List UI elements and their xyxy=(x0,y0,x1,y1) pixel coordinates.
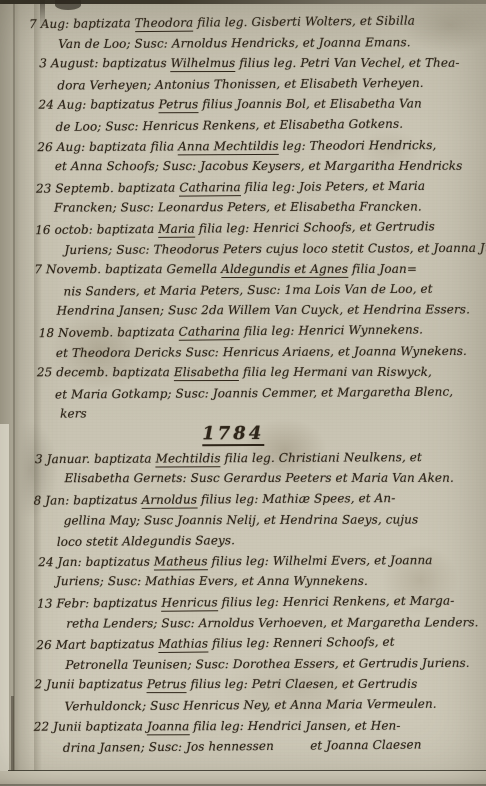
underlined-name: Petrus xyxy=(147,677,187,693)
manuscript-line: et Anna Schoofs; Susc: Jacobus Keysers, … xyxy=(55,156,480,177)
manuscript-line: et Theodora Dericks Susc: Henricus Ariae… xyxy=(56,340,481,363)
line-text: filia leg. Gisberti Wolters, et Sibilla xyxy=(193,13,415,29)
line-text: filius leg: Wilhelmi Evers, et Joanna xyxy=(208,553,433,568)
line-text: filius leg: Mathiæ Spees, et An- xyxy=(197,491,395,506)
line-text: 25 decemb. baptizata xyxy=(37,365,174,379)
line-text: 22 Junii baptizata xyxy=(34,719,147,733)
line-text: filius Joannis Bol, et Elisabetha Van xyxy=(198,97,422,112)
underlined-name: Arnoldus xyxy=(142,493,198,509)
manuscript-line: 24 Aug: baptizatus Petrus filius Joannis… xyxy=(38,94,479,116)
manuscript-line: Petronella Teunisen; Susc: Dorothea Esse… xyxy=(65,653,482,676)
manuscript-line: 23 Septemb. baptizata Catharina filia le… xyxy=(36,175,480,199)
underlined-name: Wilhelmus xyxy=(171,56,236,72)
line-text: et Anna Schoofs; Susc: Jacobus Keysers, … xyxy=(55,159,463,173)
manuscript-line: 7 Novemb. baptizata Gemella Aldegundis e… xyxy=(34,259,480,280)
line-text: filia leg: Hendrici Jansen, et Hen- xyxy=(189,718,400,733)
manuscript-line: et Maria Gotkamp; Susc: Joannis Cemmer, … xyxy=(55,381,481,405)
line-text: 7 Novemb. baptizata Gemella xyxy=(34,262,221,276)
line-text: nis Sanders, et Maria Peters, Susc: 1ma … xyxy=(63,281,432,298)
line-text: filia leg: Henrici Wynnekens. xyxy=(240,322,423,338)
line-text: filia leg Hermani van Riswyck, xyxy=(239,365,432,379)
underlined-name: Maria xyxy=(158,222,195,238)
line-text: 26 Aug: baptizata filia xyxy=(37,139,178,154)
underlined-name: Petrus xyxy=(158,98,198,114)
line-text: de Loo; Susc: Henricus Renkens, et Elisa… xyxy=(56,117,404,134)
scanned-register-photo: { "colors": { "paper": "#c8c3b2", "ink":… xyxy=(0,0,486,786)
manuscript-line: dora Verheyen; Antonius Thonissen, et El… xyxy=(57,72,479,96)
underlined-name: Mechtildis xyxy=(156,451,221,467)
manuscript-line: 2 Junii baptizatus Petrus filius leg: Pe… xyxy=(35,674,483,695)
underlined-name: Theodora xyxy=(134,16,193,33)
underlined-name: Henricus xyxy=(161,595,217,611)
line-text: et Theodora Dericks Susc: Henricus Ariae… xyxy=(56,343,467,359)
line-text: gellina May; Susc Joannis Nelij, et Hend… xyxy=(63,512,418,527)
manuscript-line: Verhuldonck; Susc Henricus Ney, et Anna … xyxy=(64,693,483,717)
manuscript-line: Hendrina Jansen; Susc 2da Willem Van Cuy… xyxy=(57,300,481,322)
manuscript-line: 3 Januar. baptizata Mechtildis filia leg… xyxy=(35,447,481,470)
line-text: Van de Loo; Susc: Arnoldus Hendricks, et… xyxy=(58,35,411,51)
line-text: Petronella Teunisen; Susc: Dorothea Esse… xyxy=(65,656,469,672)
manuscript-line: kers xyxy=(60,403,481,425)
line-text: filia leg: Jois Peters, et Maria xyxy=(241,179,425,194)
line-text: 24 Aug: baptizatus xyxy=(38,98,158,112)
line-text: drina Jansen; Susc: Jos hennessen et Joa… xyxy=(63,738,422,755)
manuscript-text: 7 Aug: baptizata Theodora filia leg. Gis… xyxy=(32,11,483,771)
line-text: filia Joan= xyxy=(348,262,417,276)
line-text: filia leg: Henrici Schoofs, et Gertrudis xyxy=(195,219,435,235)
line-text: 2 Junii baptizatus xyxy=(35,678,147,692)
line-text: retha Lenders; Susc: Arnoldus Verhoeven,… xyxy=(66,615,478,630)
line-text: filius leg: Renneri Schoofs, et xyxy=(208,635,395,651)
underlined-name: Catharina xyxy=(180,180,242,196)
manuscript-line: Van de Loo; Susc: Arnoldus Hendricks, et… xyxy=(58,31,479,54)
line-text: filius leg: Petri Claesen, et Gertrudis xyxy=(187,677,418,691)
line-text: 3 Januar. baptizata xyxy=(35,451,156,466)
manuscript-line: 26 Aug: baptizata filia Anna Mechtildis … xyxy=(37,134,480,157)
page-edge-highlight xyxy=(0,424,9,786)
underlined-name: Anna Mechtildis xyxy=(178,138,279,155)
line-text: Elisabetha Gernets: Susc Gerardus Peeter… xyxy=(64,471,453,485)
manuscript-lines: 7 Aug: baptizata Theodora filia leg. Gis… xyxy=(32,11,483,758)
line-text: Verhuldonck; Susc Henricus Ney, et Anna … xyxy=(64,697,436,714)
line-text: 26 Mart baptizatus xyxy=(36,637,158,652)
line-text: dora Verheyen; Antonius Thonissen, et El… xyxy=(57,76,423,93)
manuscript-line: drina Jansen; Susc: Jos hennessen et Joa… xyxy=(63,734,483,759)
manuscript-line: 3 August: baptizatus Wilhelmus filius le… xyxy=(39,53,479,74)
book-page: 7 Aug: baptizata Theodora filia leg. Gis… xyxy=(0,0,486,786)
line-text: filius leg. Petri Van Vechel, et Thea- xyxy=(235,56,459,70)
page-crease-line xyxy=(13,0,15,786)
manuscript-line: 8 Jan: baptizatus Arnoldus filius leg: M… xyxy=(34,487,482,511)
manuscript-line: Elisabetha Gernets: Susc Gerardus Peeter… xyxy=(64,468,481,489)
line-text: 16 octob: baptizata xyxy=(35,222,158,237)
line-text: Francken; Susc: Leonardus Peters, et Eli… xyxy=(54,200,422,215)
line-text: et Maria Gotkamp; Susc: Joannis Cemmer, … xyxy=(55,384,453,401)
underlying-page-edge xyxy=(0,771,486,786)
line-text: 7 Aug: baptizata xyxy=(29,16,135,31)
line-text: 13 Febr: baptizatus xyxy=(37,596,161,611)
manuscript-line: 24 Jan: baptizatus Matheus filius leg: W… xyxy=(38,550,482,573)
manuscript-line: nis Sanders, et Maria Peters, Susc: 1ma … xyxy=(63,278,480,302)
underlined-name: Aldegundis et Agnes xyxy=(221,262,348,278)
line-text: 8 Jan: baptizatus xyxy=(34,493,142,508)
line-text: Juriens; Susc: Mathias Evers, et Anna Wy… xyxy=(56,574,368,588)
line-text: loco stetit Aldegundis Saeys. xyxy=(57,534,235,550)
manuscript-line: Francken; Susc: Leonardus Peters, et Eli… xyxy=(54,197,480,219)
manuscript-line: 13 Febr: baptizatus Henricus filius leg:… xyxy=(37,590,482,614)
underlined-name: Matheus xyxy=(154,554,208,570)
manuscript-line: 25 decemb. baptizata Elisabetha filia le… xyxy=(37,362,481,383)
line-text: 24 Jan: baptizatus xyxy=(38,554,154,569)
year-heading: 1784 xyxy=(202,424,264,447)
line-text: filia leg. Christiani Neulkens, et xyxy=(221,450,422,465)
line-text: 3 August: baptizatus xyxy=(39,56,170,70)
line-text: Juriens; Susc: Theodorus Peters cujus lo… xyxy=(64,240,486,256)
underlined-name: Elisabetha xyxy=(174,365,239,381)
line-text: 18 Novemb. baptizata xyxy=(38,325,178,340)
line-text: leg: Theodori Hendricks, xyxy=(279,138,437,153)
line-text: kers xyxy=(60,407,87,421)
line-text: filius leg: Henrici Renkens, et Marga- xyxy=(218,594,455,610)
manuscript-line: Juriens; Susc: Theodorus Peters cujus lo… xyxy=(64,237,480,260)
line-text: 23 Septemb. baptizata xyxy=(36,180,179,195)
underlined-name: Catharina xyxy=(178,324,240,341)
year-heading-row: 1784 xyxy=(34,423,481,449)
underlined-name: Mathias xyxy=(158,637,208,653)
line-text: Hendrina Jansen; Susc 2da Willem Van Cuy… xyxy=(57,303,470,318)
top-ink-blot xyxy=(55,0,81,10)
manuscript-line: Juriens; Susc: Mathias Evers, et Anna Wy… xyxy=(56,571,482,592)
underlined-name: Joanna xyxy=(147,719,189,735)
